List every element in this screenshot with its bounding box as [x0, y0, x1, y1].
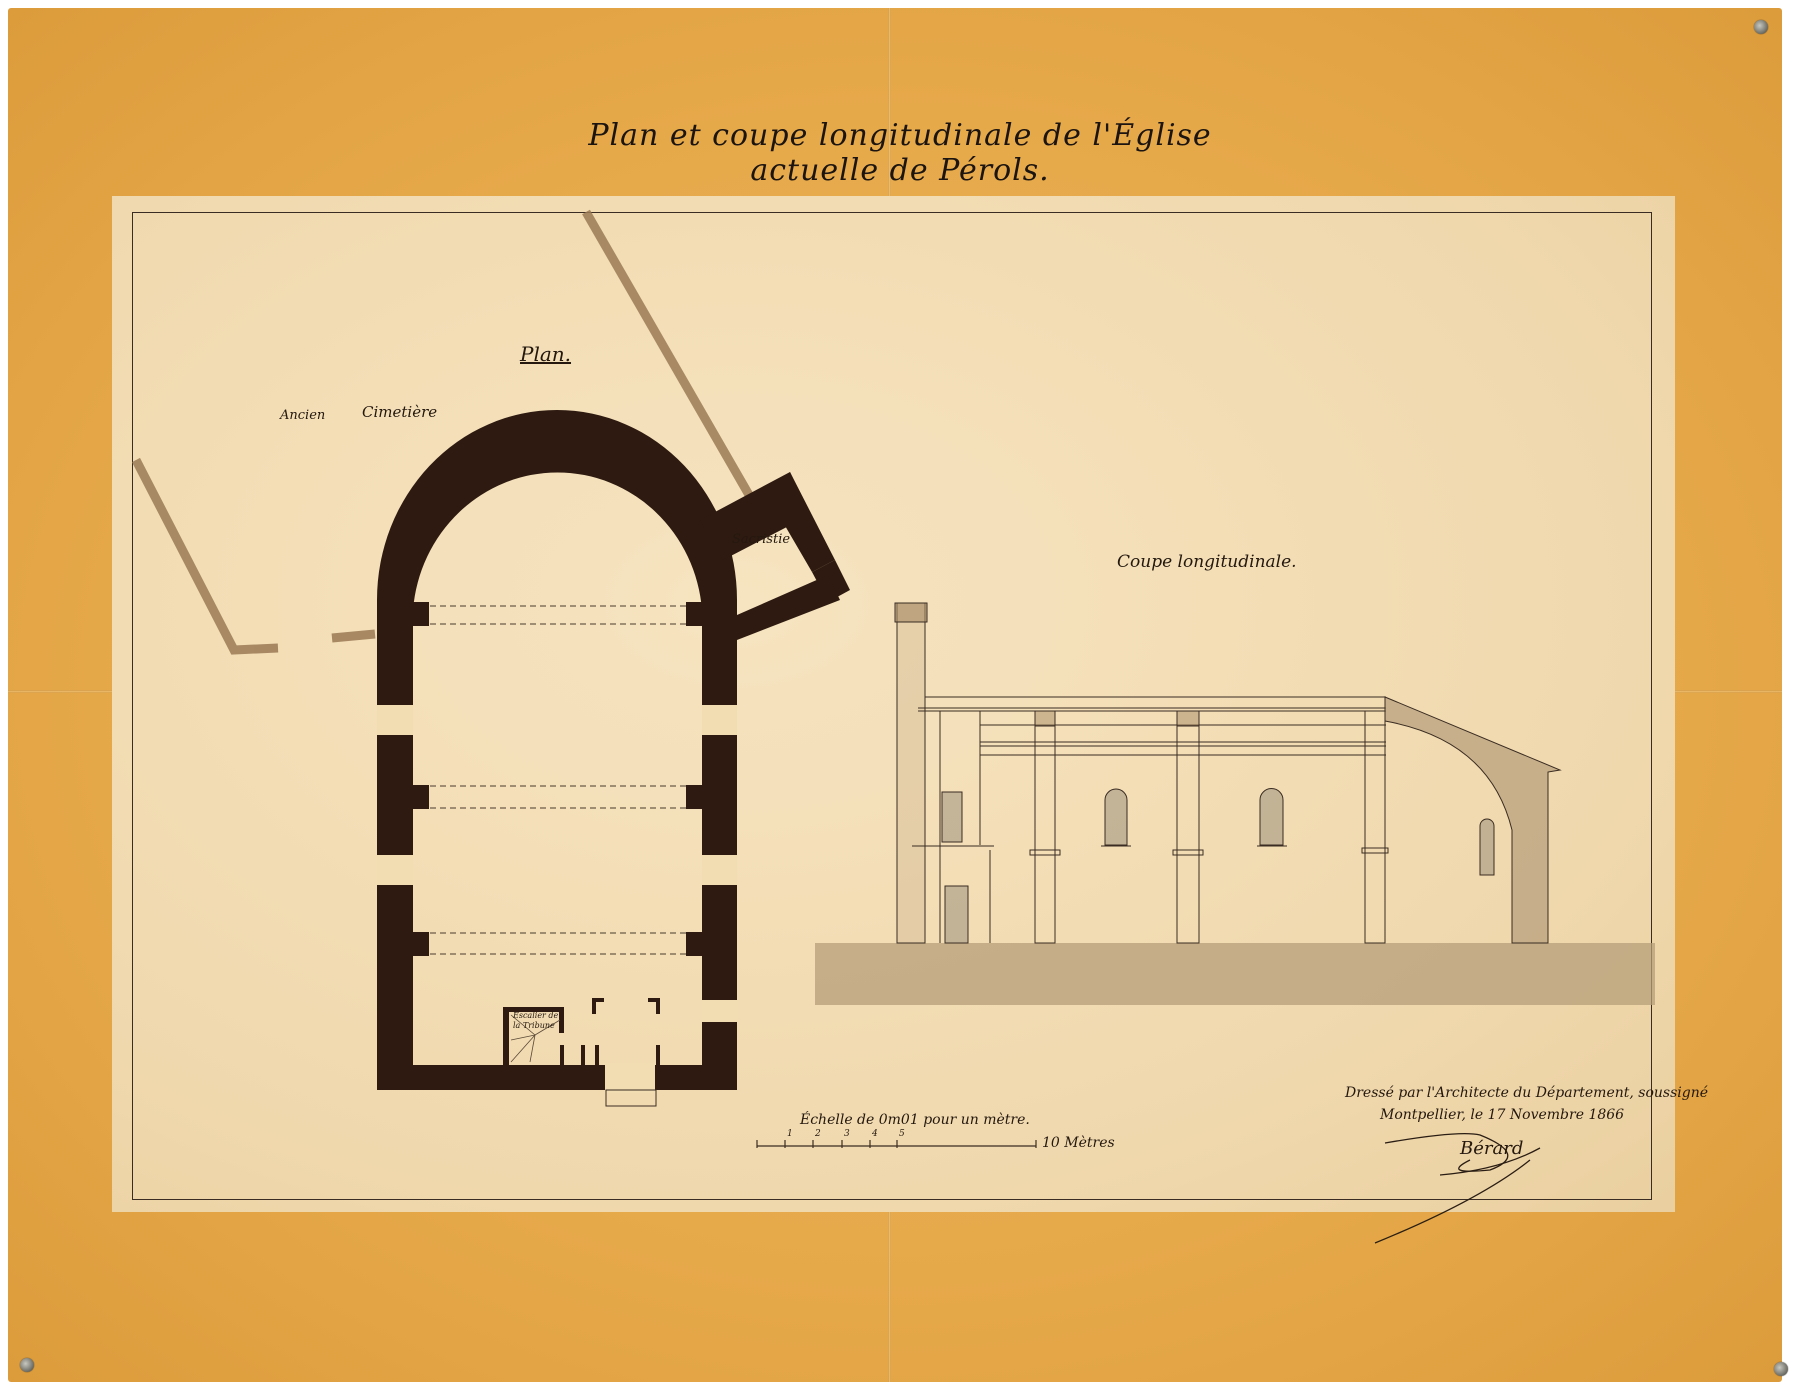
attribution-line1: Dressé par l'Architecte du Département, … [1345, 1085, 1708, 1101]
architectural-drawing [0, 0, 1794, 1389]
architect-signature: Bérard [1460, 1138, 1523, 1159]
sacristy-label: Sacristie [732, 532, 790, 547]
stair-label-line2: la Tribune [513, 1021, 558, 1031]
scale-tick-4: 4 [872, 1129, 878, 1139]
stair-label: Escalier de la Tribune [513, 1011, 558, 1031]
cemetery-wall [136, 212, 760, 650]
section-heading: Coupe longitudinale. [1117, 552, 1297, 572]
plan-heading: Plan. [520, 342, 571, 366]
scale-tick-5: 5 [899, 1129, 905, 1139]
attribution-line2: Montpellier, le 17 Novembre 1866 [1380, 1107, 1624, 1123]
ground-band [815, 943, 1655, 1005]
scale-caption: Échelle de 0m01 pour un mètre. [800, 1112, 1030, 1128]
cemetery-label-word2: Cimetière [362, 403, 437, 421]
window-openings [377, 705, 737, 1093]
cemetery-label-word1: Ancien [280, 408, 325, 423]
church-plan-walls [377, 410, 850, 1090]
stair-label-line1: Escalier de [513, 1011, 558, 1021]
scale-bar [757, 1140, 1036, 1148]
plan-dashed-lines [430, 606, 686, 954]
scale-tick-3: 3 [844, 1129, 850, 1139]
scale-tick-2: 2 [815, 1129, 821, 1139]
scale-end-label: 10 Mètres [1042, 1135, 1115, 1151]
section-drawing [895, 603, 1560, 943]
scale-tick-1: 1 [787, 1129, 793, 1139]
